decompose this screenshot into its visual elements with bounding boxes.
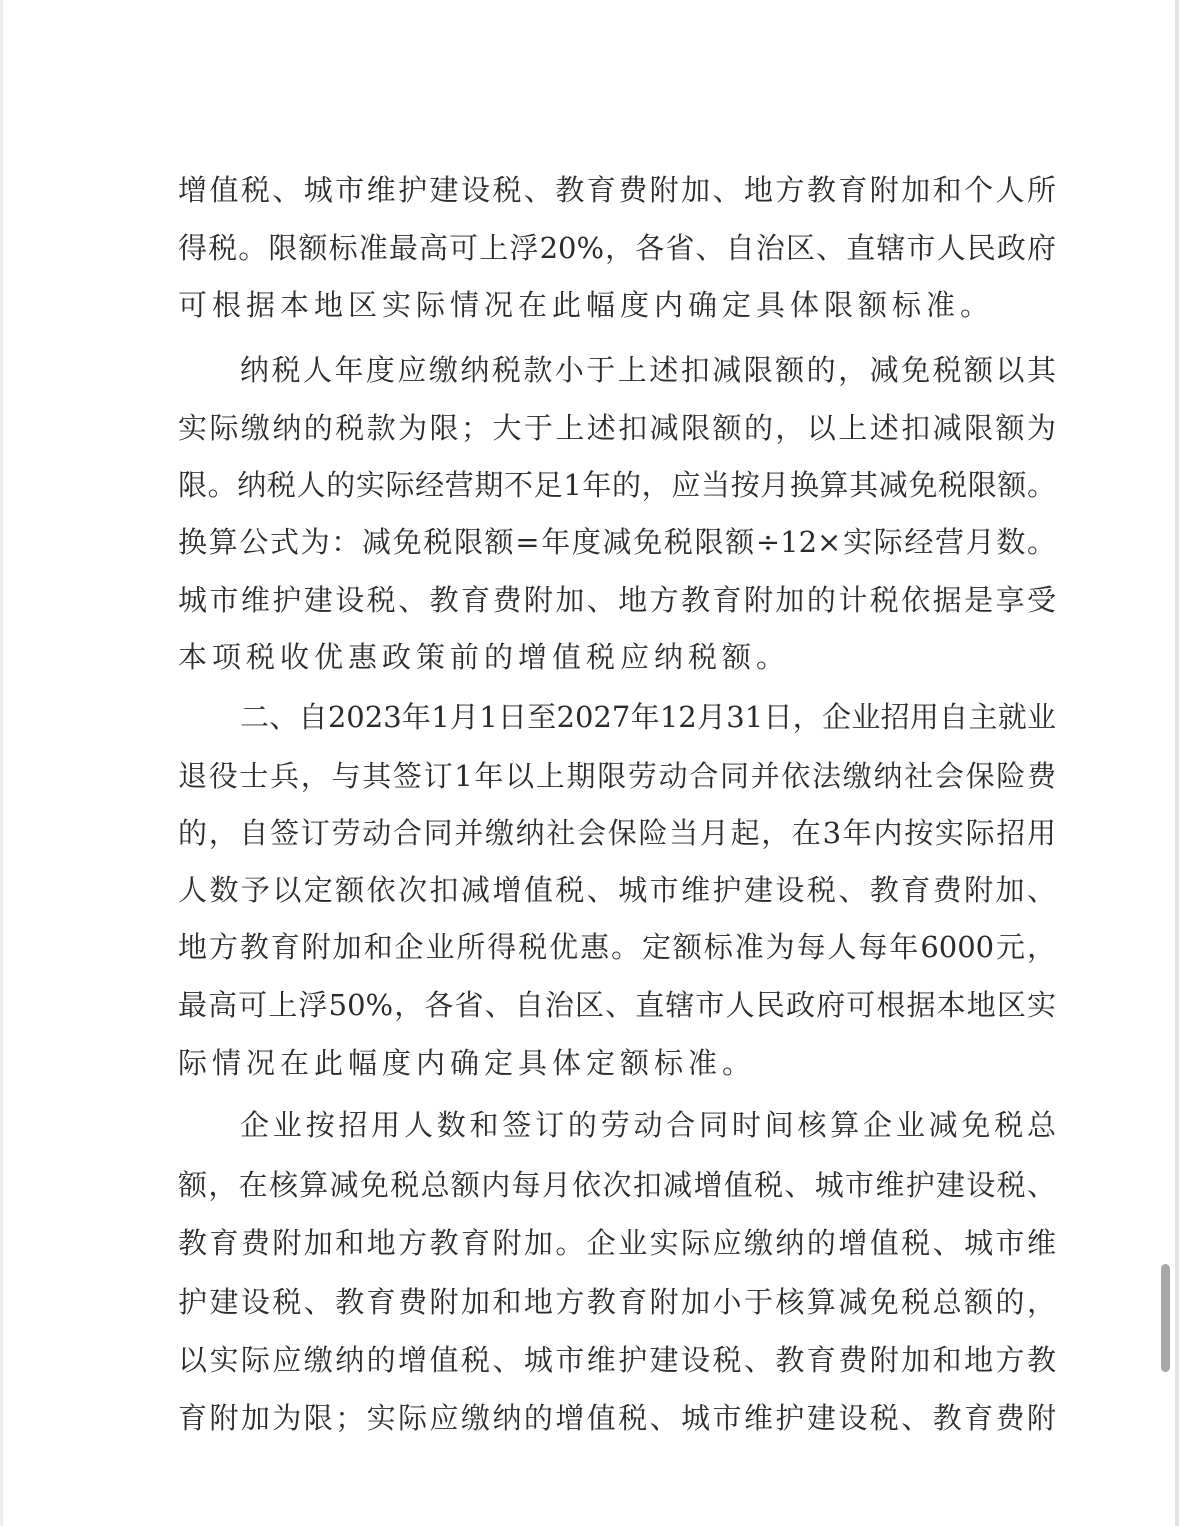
paragraph-start-line-17: 企业按招用人数和签订的劳动合同时间核算企业减免税总 (240, 1105, 1056, 1145)
text-line-12: 的，自签订劳动合同并缴纳社会保险当月起，在3年内按实际招用 (178, 813, 1056, 853)
text-line-11: 退役士兵，与其签订1年以上期限劳动合同并依法缴纳社会保险费 (178, 756, 1056, 796)
text-line-19: 教育费附加和地方教育附加。企业实际应缴纳的增值税、城市维 (178, 1223, 1056, 1263)
text-line-1: 增值税、城市维护建设税、教育费附加、地方教育附加和个人所 (178, 170, 1056, 210)
page-edge-right (1175, 0, 1179, 1526)
text-line-18: 额，在核算减免税总额内每月依次扣减增值税、城市维护建设税、 (178, 1165, 1056, 1205)
section-two-start-line-10: 二、自2023年1月1日至2027年12月31日，企业招用自主就业 (240, 697, 1056, 737)
text-line-9: 本项税收优惠政策前的增值税应纳税额。 (178, 637, 1056, 677)
text-line-2: 得税。限额标准最高可上浮20%，各省、自治区、直辖市人民政府 (178, 228, 1056, 268)
text-line-21: 以实际应缴纳的增值税、城市维护建设税、教育费附加和地方教 (178, 1340, 1056, 1380)
paragraph-start-line-4: 纳税人年度应缴纳税款小于上述扣减限额的，减免税额以其 (240, 350, 1056, 390)
text-line-8: 城市维护建设税、教育费附加、地方教育附加的计税依据是享受 (178, 580, 1056, 620)
text-line-7: 换算公式为：减免税限额=年度减免税限额÷12×实际经营月数。 (178, 522, 1056, 562)
text-line-22: 育附加为限；实际应缴纳的增值税、城市维护建设税、教育费附 (178, 1398, 1056, 1438)
text-line-16: 际情况在此幅度内确定具体定额标准。 (178, 1043, 1056, 1083)
text-line-20: 护建设税、教育费附加和地方教育附加小于核算减免税总额的， (178, 1282, 1056, 1322)
text-line-3: 可根据本地区实际情况在此幅度内确定具体限额标准。 (178, 285, 1056, 325)
text-line-13: 人数予以定额依次扣减增值税、城市维护建设税、教育费附加、 (178, 870, 1056, 910)
text-line-15: 最高可上浮50%，各省、自治区、直辖市人民政府可根据本地区实 (178, 985, 1056, 1025)
text-line-6: 限。纳税人的实际经营期不足1年的，应当按月换算其减免税限额。 (178, 465, 1056, 505)
text-line-5: 实际缴纳的税款为限；大于上述扣减限额的，以上述扣减限额为 (178, 408, 1056, 448)
document-page: 增值税、城市维护建设税、教育费附加、地方教育附加和个人所 得税。限额标准最高可上… (0, 0, 1179, 1526)
scrollbar-thumb[interactable] (1161, 1264, 1170, 1372)
text-line-14: 地方教育附加和企业所得税优惠。定额标准为每人每年6000元， (178, 927, 1056, 967)
